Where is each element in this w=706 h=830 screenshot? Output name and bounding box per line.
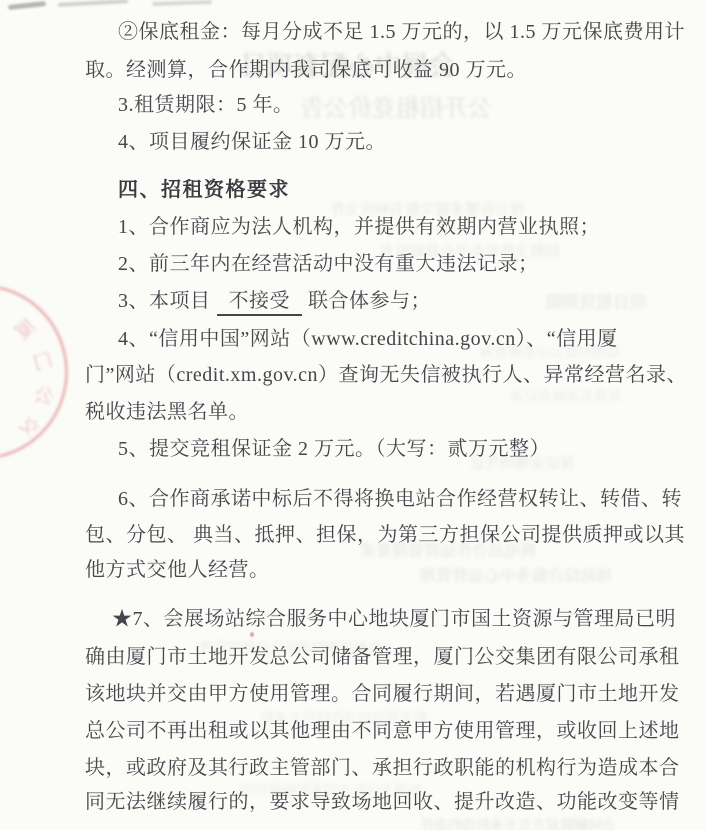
requirement-6-line-2: 包、分包、 典当、抵押、担保，为第三方担保公司提供质押或以其 (85, 520, 685, 550)
requirement-2: 2、前三年内在经营活动中没有重大违法记录； (118, 249, 539, 279)
requirement-7-line-2: 确由厦门市土地开发总公司储备管理，厦门公交集团有限公司承租 (85, 642, 680, 672)
guaranteed-rent-line-1: ②保底租金：每月分成不足 1.5 万元的，以 1.5 万元保底费用计 (118, 17, 685, 47)
requirement-7-line-4: 总公司不再出租或以其他理由不同意甲方使用管理，或收回上述地 (85, 716, 680, 746)
seal-glyph: 交 (14, 410, 46, 443)
requirement-6-line-1: 6、合作商承诺中标后不得将换电站合作经营权转让、转借、转 (118, 484, 682, 514)
performance-bond-item: 4、项目履约保证金 10 万元。 (118, 127, 386, 157)
seal-glyph: 门 (30, 345, 55, 376)
red-seal-stamp: 厦 门 公 交 (0, 284, 68, 460)
requirement-3-prefix: 3、本项目 (118, 290, 211, 312)
bleedthrough-text: 项目租赁期限 (545, 288, 647, 313)
requirement-7-line-3: 该地块并交由甲方使用管理。合同履行期间，若遇厦门市土地开发 (85, 679, 680, 709)
scanned-document-page: 会展中心配套项目 公开招租竞价公告 按公告要求提交报名响应文件 招租文件发布平台… (0, 0, 706, 830)
guaranteed-rent-line-2: 取。经测算，合作期内我司保底可收益 90 万元。 (85, 55, 527, 85)
scan-smudge (152, 0, 212, 6)
requirement-5: 5、提交竞租保证金 2 万元。（大写：贰万元整） (118, 434, 550, 464)
requirement-7-line-1: ★7、会展场站综合服务中心地块厦门市国土资源与管理局已明 (112, 604, 676, 634)
scan-smudge (8, 1, 46, 10)
requirement-4-line-1: 4、“信用中国”网站（www.creditchina.gov.cn）、“信用厦 (118, 324, 618, 354)
bleedthrough-text: 公开招租竞价公告 (300, 88, 492, 123)
requirement-4-line-2: 门”网站（credit.xm.gov.cn）查询无失信被执行人、异常经营名录、 (85, 360, 687, 390)
bleedthrough-text: 场站综合服务中心运营管理 (420, 563, 612, 586)
requirement-3: 3、本项目不接受联合体参与； (118, 286, 431, 316)
seal-glyph: 厦 (9, 312, 41, 345)
bleedthrough-text: 合同解除双方互不承担违约责任 (420, 815, 616, 830)
requirement-3-suffix: 联合体参与； (308, 290, 431, 312)
section-heading-qualifications: 四、招租资格要求 (118, 175, 290, 205)
requirement-7-line-5: 块，或政府及其行政主管部门、承担行政职能的机构行为造成本合 (85, 753, 680, 783)
seal-glyph: 公 (32, 379, 56, 409)
requirement-6-line-3: 他方式交他人经营。 (85, 555, 270, 585)
requirement-1: 1、合作商应为法人机构，并提供有效期内营业执照； (118, 212, 600, 242)
requirement-4-line-3: 税收违法黑名单。 (85, 397, 249, 427)
scan-smudge (58, 0, 128, 7)
lease-term-item: 3.租赁期限：5 年。 (118, 90, 294, 120)
requirement-3-underlined: 不接受 (217, 288, 303, 316)
requirement-7-line-6: 同无法继续履行的，要求导致场地回收、提升改造、功能改变等情 (85, 787, 680, 817)
